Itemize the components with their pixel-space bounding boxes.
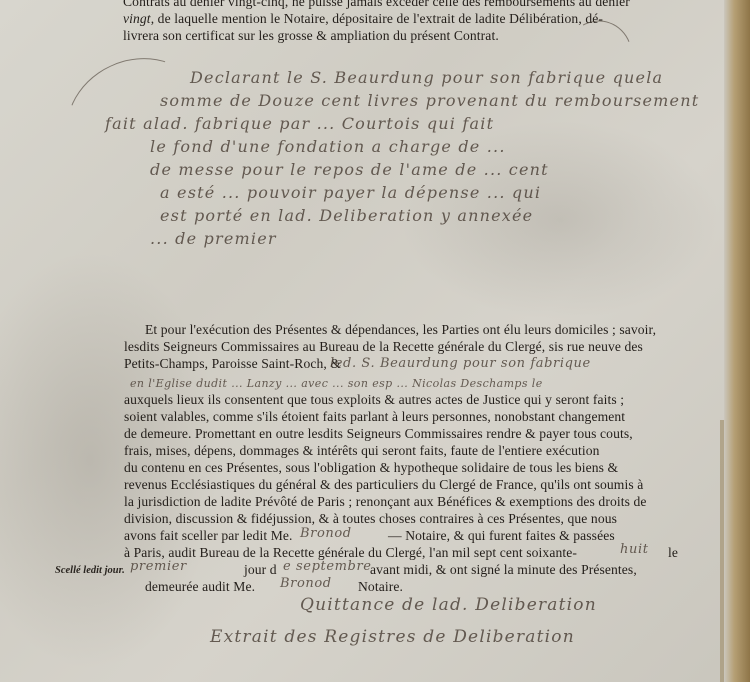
sealing-line-post: — Notaire, & qui furent faites & passées — [388, 527, 615, 545]
main-line: auxquels lieux ils consentent que tous e… — [124, 391, 624, 409]
frame-shadow — [720, 420, 724, 682]
frame-edge — [724, 0, 750, 682]
main-line: de demeure. Promettant en outre lesdits … — [124, 425, 633, 443]
handwritten-line: est porté en lad. Deliberation y annexée — [160, 206, 533, 225]
date-line-post: le — [668, 544, 678, 562]
jour-pre: jour d — [244, 561, 277, 579]
main-line: frais, mises, dépens, dommages & intérêt… — [124, 442, 600, 460]
top-line-2-italic: vingt — [123, 11, 151, 26]
date-year-handwritten: huit — [620, 542, 649, 557]
main-line: revenus Ecclésiastiques du général & des… — [124, 476, 643, 494]
domicile-handwritten-2: en l'Eglise dudit ... Lanzy ... avec ...… — [130, 377, 543, 390]
day-handwritten: premier — [130, 559, 187, 574]
domicile-line-2: lesdits Seigneurs Commissaires au Bureau… — [124, 338, 643, 356]
main-line: soient valables, comme s'ils étoient fai… — [124, 408, 625, 426]
top-line-1: Contrats au denier vingt-cinq, ne puisse… — [123, 0, 630, 11]
top-line-2: vingt, de laquelle mention le Notaire, d… — [123, 10, 603, 28]
final-line-post: Notaire. — [358, 578, 403, 596]
margin-seal-note: Scellé ledit jour. — [55, 565, 125, 576]
domicile-line-1: Et pour l'exécution des Présentes & dépe… — [145, 321, 656, 339]
handwritten-line: de messe pour le repos de l'ame de ... c… — [150, 160, 549, 179]
month-handwritten: e septembre — [283, 559, 372, 574]
final-notary-signature: Bronod — [280, 576, 332, 591]
bottom-handwritten-2: Extrait des Registres de Deliberation — [210, 627, 575, 647]
sealing-notary-signature: Bronod — [300, 526, 352, 541]
bottom-handwritten-1: Quittance de lad. Deliberation — [300, 595, 597, 615]
domicile-handwritten-1: led. S. Beaurdung pour son fabrique — [330, 356, 591, 371]
handwritten-line: somme de Douze cent livres provenant du … — [160, 91, 699, 110]
top-line-2-rest: , de laquelle mention le Notaire, déposi… — [151, 11, 603, 26]
top-line-3: livrera son certificat sur les grosse & … — [123, 27, 499, 45]
domicile-line-3: Petits-Champs, Paroisse Saint-Roch, & — [124, 355, 341, 373]
document-page: Contrats au denier vingt-cinq, ne puisse… — [0, 0, 750, 682]
main-line: du contenu en ces Présentes, sous l'obli… — [124, 459, 618, 477]
handwritten-line: a esté ... pouvoir payer la dépense ... … — [160, 183, 541, 202]
final-line-pre: demeurée audit Me. — [145, 578, 255, 596]
flourish-mark — [46, 36, 226, 207]
sealing-line-pre: avons fait sceller par ledit Me. — [124, 527, 293, 545]
main-line: division, discussion & fidéjussion, & à … — [124, 510, 617, 528]
domicile-line-3-print: Petits-Champs, Paroisse Saint-Roch, & — [124, 356, 341, 371]
main-line: la jurisdiction de ladite Prévôté de Par… — [124, 493, 647, 511]
handwritten-line: ... de premier — [150, 229, 277, 248]
handwritten-line: le fond d'une fondation a charge de ... — [150, 137, 506, 156]
jour-post: avant midi, & ont signé la minute des Pr… — [370, 561, 637, 579]
